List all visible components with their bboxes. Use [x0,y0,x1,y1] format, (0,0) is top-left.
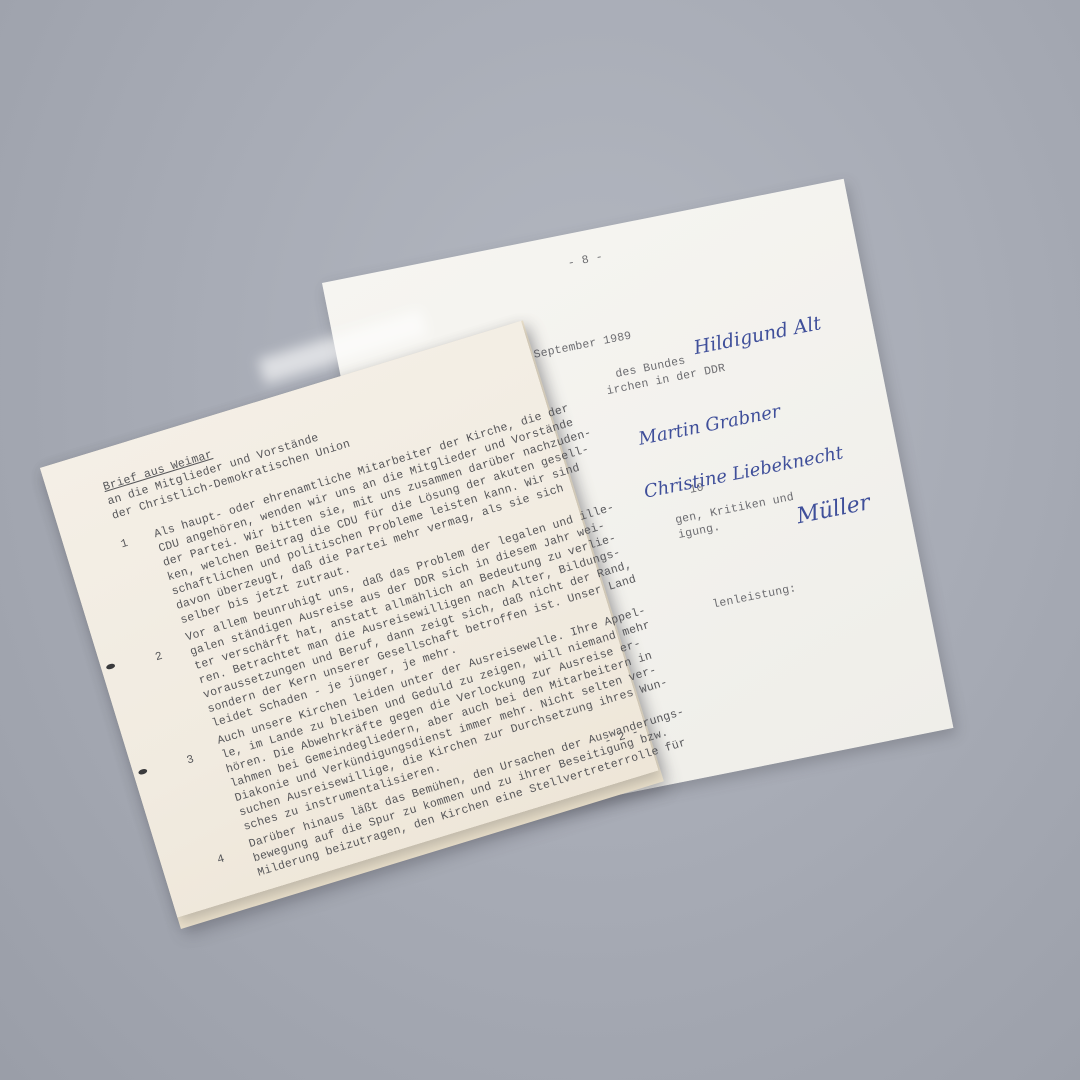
paragraph-number: 2 [153,649,164,665]
partial-line: lenleistung: [711,581,798,612]
front-document-page: Brief aus Weimar an die Mitglieder und V… [40,321,658,918]
paragraph-number: 4 [215,851,226,867]
signature: Hildigund Alt [692,312,823,359]
signature: Martin Grabner [637,401,782,450]
signature: Müller [795,490,873,529]
punch-hole [138,768,148,775]
paragraph-number: 1 [119,536,130,552]
punch-hole [106,663,116,670]
paragraph-number: 3 [185,752,196,768]
back-page-number: - 8 - [567,250,605,272]
signature: Christine Liebeknecht [642,442,845,502]
